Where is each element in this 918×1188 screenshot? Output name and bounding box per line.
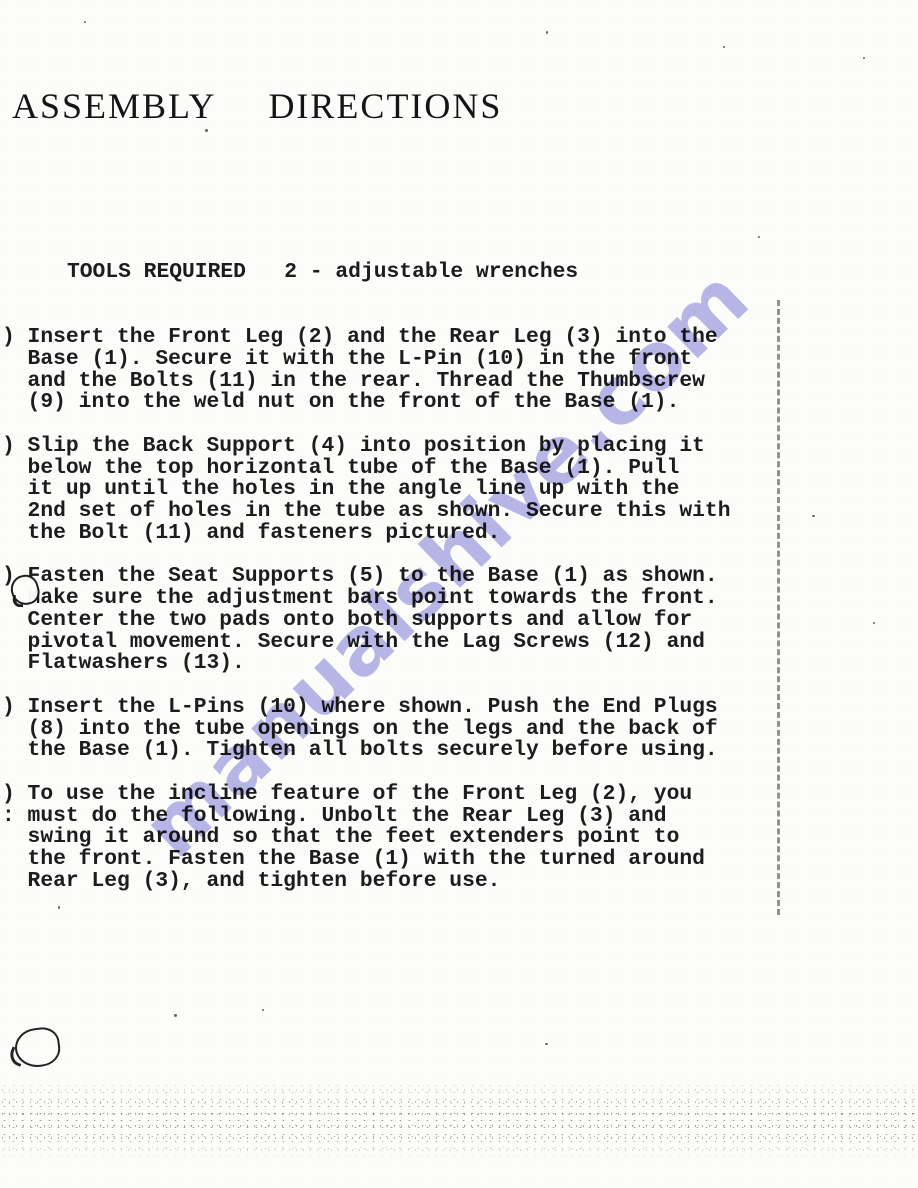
scan-speck xyxy=(812,515,815,517)
scan-speck xyxy=(873,622,875,624)
scan-speck xyxy=(205,129,208,132)
scan-noise-band xyxy=(0,1082,918,1158)
assembly-step-2: ) Slip the Back Support (4) into positio… xyxy=(2,436,730,545)
assembly-step-5: ) To use the incline feature of the Fron… xyxy=(2,784,730,893)
assembly-step-1: ) Insert the Front Leg (2) and the Rear … xyxy=(2,327,730,414)
scan-speck xyxy=(58,906,60,909)
scan-speck xyxy=(174,1014,177,1017)
scan-speck xyxy=(723,46,725,48)
scanned-manual-page: ASSEMBLYDIRECTIONS TOOLS REQUIRED 2 - ad… xyxy=(0,0,918,1188)
assembly-steps: ) Insert the Front Leg (2) and the Rear … xyxy=(2,327,730,914)
scan-speck xyxy=(84,21,86,23)
scan-fold-line xyxy=(777,300,780,915)
page-title: ASSEMBLYDIRECTIONS xyxy=(12,84,502,128)
tools-required-line: TOOLS REQUIRED 2 - adjustable wrenches xyxy=(67,259,578,285)
scan-speck xyxy=(758,236,760,238)
scan-speck xyxy=(545,1043,548,1045)
title-word-assembly: ASSEMBLY xyxy=(12,86,216,126)
assembly-step-4: ) Insert the L-Pins (10) where shown. Pu… xyxy=(2,697,730,762)
title-word-directions: DIRECTIONS xyxy=(268,86,502,126)
assembly-step-3: ) Fasten the Seat Supports (5) to the Ba… xyxy=(2,566,730,675)
scan-speck xyxy=(546,31,548,34)
scan-speck xyxy=(262,1009,264,1011)
pen-circle-artifact xyxy=(13,1025,62,1069)
scan-speck xyxy=(863,57,865,59)
